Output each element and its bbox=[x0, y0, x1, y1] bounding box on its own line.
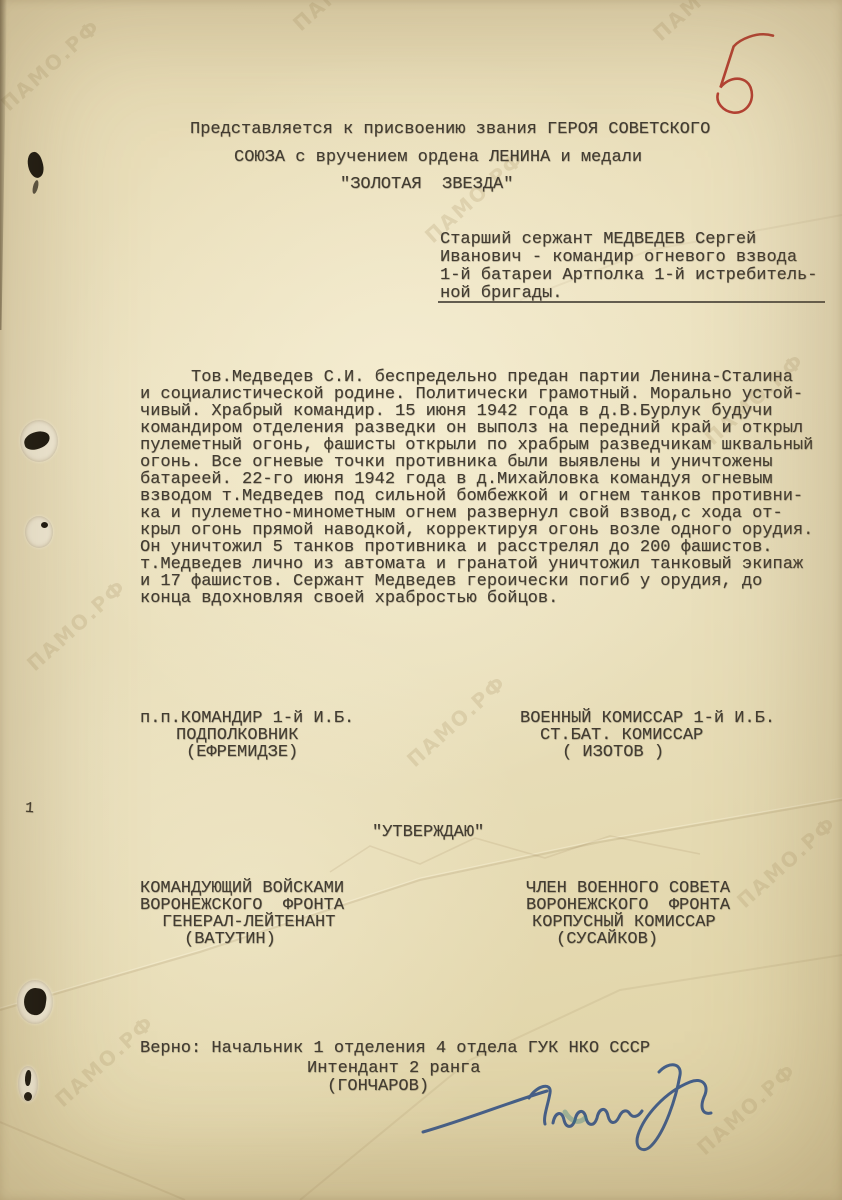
citation-line: Тов.Медведев С.И. беспредельно предан па… bbox=[140, 369, 813, 386]
citation-line: чивый. Храбрый командир. 15 июня 1942 го… bbox=[140, 403, 813, 420]
signatory-title: ВОЕННЫЙ КОМИССАР 1-й И.Б. bbox=[520, 710, 775, 727]
scanned-document-page: ПАМО.РФ ПАМО.РФ ПАМО.РФ ПАМО.РФ ПАМО.РФ … bbox=[0, 0, 842, 1200]
signatory-rank: ГЕНЕРАЛ-ЛЕЙТЕНАНТ bbox=[162, 914, 335, 931]
signatory-title: п.п.КОМАНДИР 1-й И.Б. bbox=[140, 710, 354, 727]
handwritten-page-number bbox=[697, 29, 785, 130]
recipient-underline bbox=[438, 285, 825, 303]
citation-line: пулеметный огонь, фашисты открыли по хра… bbox=[140, 437, 813, 454]
citation-line: батареей. 22-го июня 1942 года в д.Михай… bbox=[140, 471, 813, 488]
punch-hole bbox=[25, 516, 53, 548]
citation-line: огонь. Все огневые точки противника были… bbox=[140, 454, 813, 471]
signatory-title: ВОРОНЕЖСКОГО ФРОНТА bbox=[526, 897, 730, 914]
certification-line: (ГОНЧАРОВ) bbox=[327, 1078, 429, 1095]
heading-line: СОЮЗА с вручением ордена ЛЕНИНА и медали bbox=[234, 149, 642, 166]
watermark-text: ПАМО.РФ bbox=[732, 811, 841, 913]
watermark-text: ПАМО.РФ bbox=[288, 0, 397, 36]
citation-line: взводом т.Медведев под сильной бомбежкой… bbox=[140, 488, 813, 505]
ink-blot bbox=[41, 522, 48, 528]
watermark-text: ПАМО.РФ bbox=[50, 1010, 159, 1112]
citation-line: и 17 фашистов. Сержант Медведев героичес… bbox=[140, 573, 813, 590]
signatory-rank: ПОДПОЛКОВНИК bbox=[176, 727, 298, 744]
ink-blot bbox=[31, 180, 39, 195]
scan-edge bbox=[0, 0, 10, 330]
heading-line: "ЗОЛОТАЯ ЗВЕЗДА" bbox=[340, 176, 513, 193]
citation-line: ка и пулеметно-минометным огнем разверну… bbox=[140, 505, 813, 522]
citation-line: т.Медведев лично из автомата и гранатой … bbox=[140, 556, 813, 573]
watermark-text: ПАМО.РФ bbox=[0, 14, 105, 116]
citation-line: конца вдохновляя своей храбростью бойцов… bbox=[140, 590, 813, 607]
signatory-title: ВОРОНЕЖСКОГО ФРОНТА bbox=[140, 897, 344, 914]
signatory-title: ЧЛЕН ВОЕННОГО СОВЕТА bbox=[526, 880, 730, 897]
recipient-line: Иванович - командир огневого взвода bbox=[440, 249, 797, 267]
certification-line: Верно: Начальник 1 отделения 4 отдела ГУ… bbox=[140, 1040, 650, 1057]
citation-line: крыл огонь прямой наводкой, корректируя … bbox=[140, 522, 813, 539]
ink-blot bbox=[24, 1092, 32, 1101]
recipient-line: Старший сержант МЕДВЕДЕВ Сергей bbox=[440, 231, 756, 249]
citation-line: командиром отделения разведки он выполз … bbox=[140, 420, 813, 437]
approval-label: "УТВЕРЖДАЮ" bbox=[372, 824, 484, 841]
margin-mark: 1 bbox=[24, 800, 34, 818]
citation-line: и социалистической родине. Политически г… bbox=[140, 386, 813, 403]
signatory-name: ( ИЗОТОВ ) bbox=[562, 744, 664, 761]
signatory-name: (СУСАЙКОВ) bbox=[556, 931, 658, 948]
signatory-name: (ВАТУТИН) bbox=[184, 931, 276, 948]
signatory-title: КОМАНДУЮЩИЙ ВОЙСКАМИ bbox=[140, 880, 344, 897]
watermark-text: ПАМО.РФ bbox=[22, 574, 131, 676]
recipient-line: 1-й батареи Артполка 1-й истребитель- bbox=[440, 267, 817, 285]
watermark-text: ПАМО.РФ bbox=[402, 670, 511, 772]
heading-line: Представляется к присвоению звания ГЕРОЯ… bbox=[190, 121, 710, 138]
signatory-rank: КОРПУСНЫЙ КОМИССАР bbox=[532, 914, 716, 931]
ink-blot bbox=[24, 150, 46, 179]
citation-paragraph: Тов.Медведев С.И. беспредельно предан па… bbox=[140, 369, 813, 607]
handwritten-signature bbox=[415, 1060, 725, 1175]
signatory-rank: СТ.БАТ. КОМИССАР bbox=[540, 727, 703, 744]
signatory-name: (ЕФРЕМИДЗЕ) bbox=[186, 744, 298, 761]
citation-line: Он уничтожил 5 танков противника и расст… bbox=[140, 539, 813, 556]
